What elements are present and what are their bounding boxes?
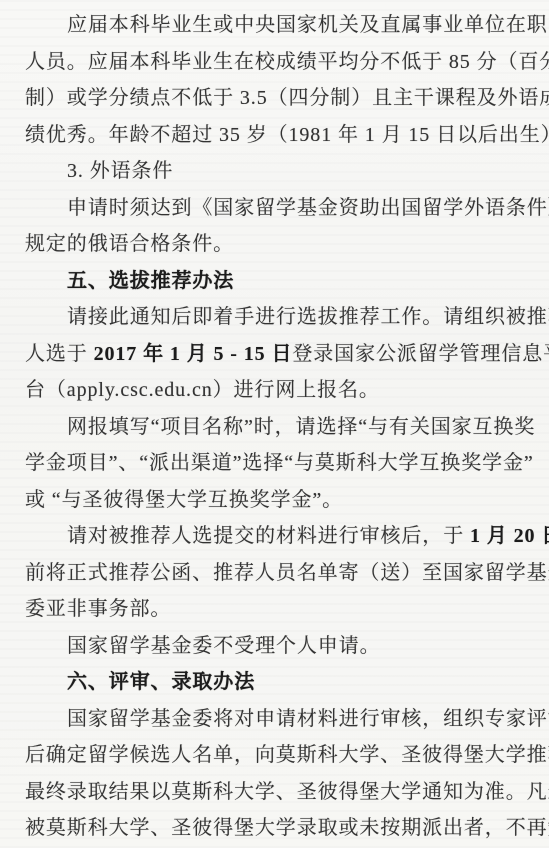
text-segment: 网报填写“项目名称”时，请选择“与有关国家互换奖 [67, 416, 535, 438]
text-line: 绩优秀。年龄不超过 35 岁（1981 年 1 月 15 日以后出生）。 [25, 117, 525, 154]
text-line: 学金项目”、“派出渠道”选择“与莫斯科大学互换奖学金” [25, 445, 525, 482]
text-line: 规定的俄语合格条件。 [25, 226, 525, 263]
document-lines: 应届本科毕业生或中央国家机关及直属事业单位在职人员。应届本科毕业生在校成绩平均分… [0, 0, 549, 847]
text-segment: 3. 外语条件 [67, 160, 173, 182]
text-segment: 委亚非事务部。 [25, 598, 171, 620]
text-segment: 登录国家公派留学管理信息平 [292, 343, 549, 365]
text-line: 最终录取结果以莫斯科大学、圣彼得堡大学通知为准。凡未 [25, 774, 525, 811]
section-heading: 五、选拔推荐办法 [25, 263, 525, 300]
text-line: 后确定留学候选人名单，向莫斯科大学、圣彼得堡大学推荐， [25, 737, 525, 774]
text-segment: 后确定留学候选人名单，向莫斯科大学、圣彼得堡大学推荐， [25, 744, 549, 766]
text-segment: 台（apply.csc.edu.cn）进行网上报名。 [25, 379, 380, 401]
text-segment: 绩优秀。年龄不超过 35 岁（1981 年 1 月 15 日以后出生）。 [25, 124, 549, 146]
scanned-document-page: 应届本科毕业生或中央国家机关及直属事业单位在职人员。应届本科毕业生在校成绩平均分… [0, 0, 549, 848]
text-line: 3. 外语条件 [25, 153, 525, 190]
text-segment: 六、评审、录取办法 [67, 671, 255, 693]
section-heading: 六、评审、录取办法 [25, 664, 525, 701]
text-segment: 前将正式推荐公函、推荐人员名单寄（送）至国家留学基金 [25, 562, 549, 584]
text-line: 申请时须达到《国家留学基金资助出国留学外语条件》 [25, 190, 525, 227]
text-segment: 制）或学分绩点不低于 3.5（四分制）且主干课程及外语成 [25, 87, 549, 109]
text-line: 请对被推荐人选提交的材料进行审核后，于 1 月 20 日 [25, 518, 525, 555]
text-line: 被莫斯科大学、圣彼得堡大学录取或未按期派出者，不再安 [25, 810, 525, 847]
text-line: 网报填写“项目名称”时，请选择“与有关国家互换奖 [25, 409, 525, 446]
text-line: 制）或学分绩点不低于 3.5（四分制）且主干课程及外语成 [25, 80, 525, 117]
text-segment: 最终录取结果以莫斯科大学、圣彼得堡大学通知为准。凡未 [25, 781, 549, 803]
text-line: 台（apply.csc.edu.cn）进行网上报名。 [25, 372, 525, 409]
text-line: 请接此通知后即着手进行选拔推荐工作。请组织被推荐 [25, 299, 525, 336]
text-segment: 人选于 [25, 343, 94, 365]
text-line: 应届本科毕业生或中央国家机关及直属事业单位在职 [25, 7, 525, 44]
text-line: 或 “与圣彼得堡大学互换奖学金”。 [25, 482, 525, 519]
text-line: 国家留学基金委不受理个人申请。 [25, 628, 525, 665]
text-segment: 学金项目”、“派出渠道”选择“与莫斯科大学互换奖学金” [25, 452, 534, 474]
text-line: 人员。应届本科毕业生在校成绩平均分不低于 85 分（百分 [25, 44, 525, 81]
text-segment: 或 “与圣彼得堡大学互换奖学金”。 [25, 489, 343, 511]
text-segment: 国家留学基金委将对申请材料进行审核，组织专家评审 [67, 708, 549, 730]
text-line: 人选于 2017 年 1 月 5 - 15 日登录国家公派留学管理信息平 [25, 336, 525, 373]
text-segment: 规定的俄语合格条件。 [25, 233, 234, 255]
text-segment: 被莫斯科大学、圣彼得堡大学录取或未按期派出者，不再安 [25, 817, 549, 839]
text-segment: 五、选拔推荐办法 [67, 270, 234, 292]
text-line: 前将正式推荐公函、推荐人员名单寄（送）至国家留学基金 [25, 555, 525, 592]
text-segment: 1 月 20 日 [470, 525, 549, 547]
text-segment: 请对被推荐人选提交的材料进行审核后，于 [67, 525, 470, 547]
text-segment: 2017 年 1 月 5 - 15 日 [94, 343, 293, 365]
text-line: 委亚非事务部。 [25, 591, 525, 628]
text-segment: 应届本科毕业生或中央国家机关及直属事业单位在职 [67, 14, 548, 36]
text-segment: 申请时须达到《国家留学基金资助出国留学外语条件》 [67, 197, 549, 219]
text-segment: 人员。应届本科毕业生在校成绩平均分不低于 85 分（百分 [25, 51, 549, 73]
text-line: 国家留学基金委将对申请材料进行审核，组织专家评审 [25, 701, 525, 738]
text-segment: 请接此通知后即着手进行选拔推荐工作。请组织被推荐 [67, 306, 549, 328]
text-segment: 国家留学基金委不受理个人申请。 [67, 635, 381, 657]
